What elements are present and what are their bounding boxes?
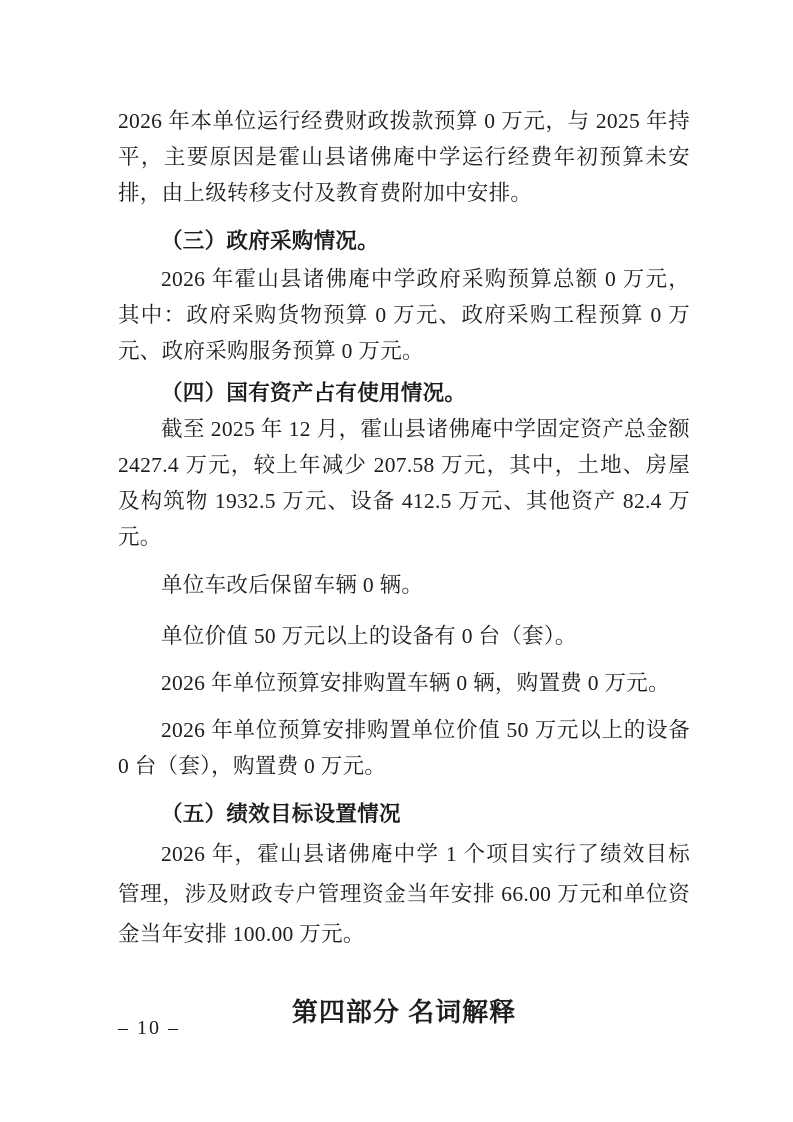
paragraph-operating-funds: 2026 年本单位运行经费财政拨款预算 0 万元，与 2025 年持平，主要原因… xyxy=(118,103,690,211)
paragraph-government-procurement-budget: 2026 年霍山县诸佛庵中学政府采购预算总额 0 万元，其中：政府采购货物预算 … xyxy=(118,261,690,369)
document-page: 2026 年本单位运行经费财政拨款预算 0 万元，与 2025 年持平，主要原因… xyxy=(0,0,793,1122)
paragraph-equipment-purchase-budget: 2026 年单位预算安排购置单位价值 50 万元以上的设备 0 台（套），购置费… xyxy=(118,712,690,784)
document-body: 2026 年本单位运行经费财政拨款预算 0 万元，与 2025 年持平，主要原因… xyxy=(118,103,690,1034)
paragraph-performance-targets: 2026 年，霍山县诸佛庵中学 1 个项目实行了绩效目标管理，涉及财政专户管理资… xyxy=(118,834,690,954)
heading-section-5-performance-targets: （五）绩效目标设置情况 xyxy=(118,796,690,832)
paragraph-retained-vehicles: 单位车改后保留车辆 0 辆。 xyxy=(118,567,690,603)
heading-section-4-state-assets: （四）国有资产占有使用情况。 xyxy=(118,375,690,411)
part-4-title: 第四部分 名词解释 xyxy=(118,990,690,1034)
paragraph-vehicle-purchase-budget: 2026 年单位预算安排购置车辆 0 辆，购置费 0 万元。 xyxy=(118,665,690,701)
page-number: – 10 – xyxy=(118,1014,180,1042)
paragraph-fixed-assets: 截至 2025 年 12 月，霍山县诸佛庵中学固定资产总金额 2427.4 万元… xyxy=(118,411,690,555)
heading-section-3-government-procurement: （三）政府采购情况。 xyxy=(118,223,690,259)
paragraph-equipment-over-500k: 单位价值 50 万元以上的设备有 0 台（套）。 xyxy=(118,618,690,654)
